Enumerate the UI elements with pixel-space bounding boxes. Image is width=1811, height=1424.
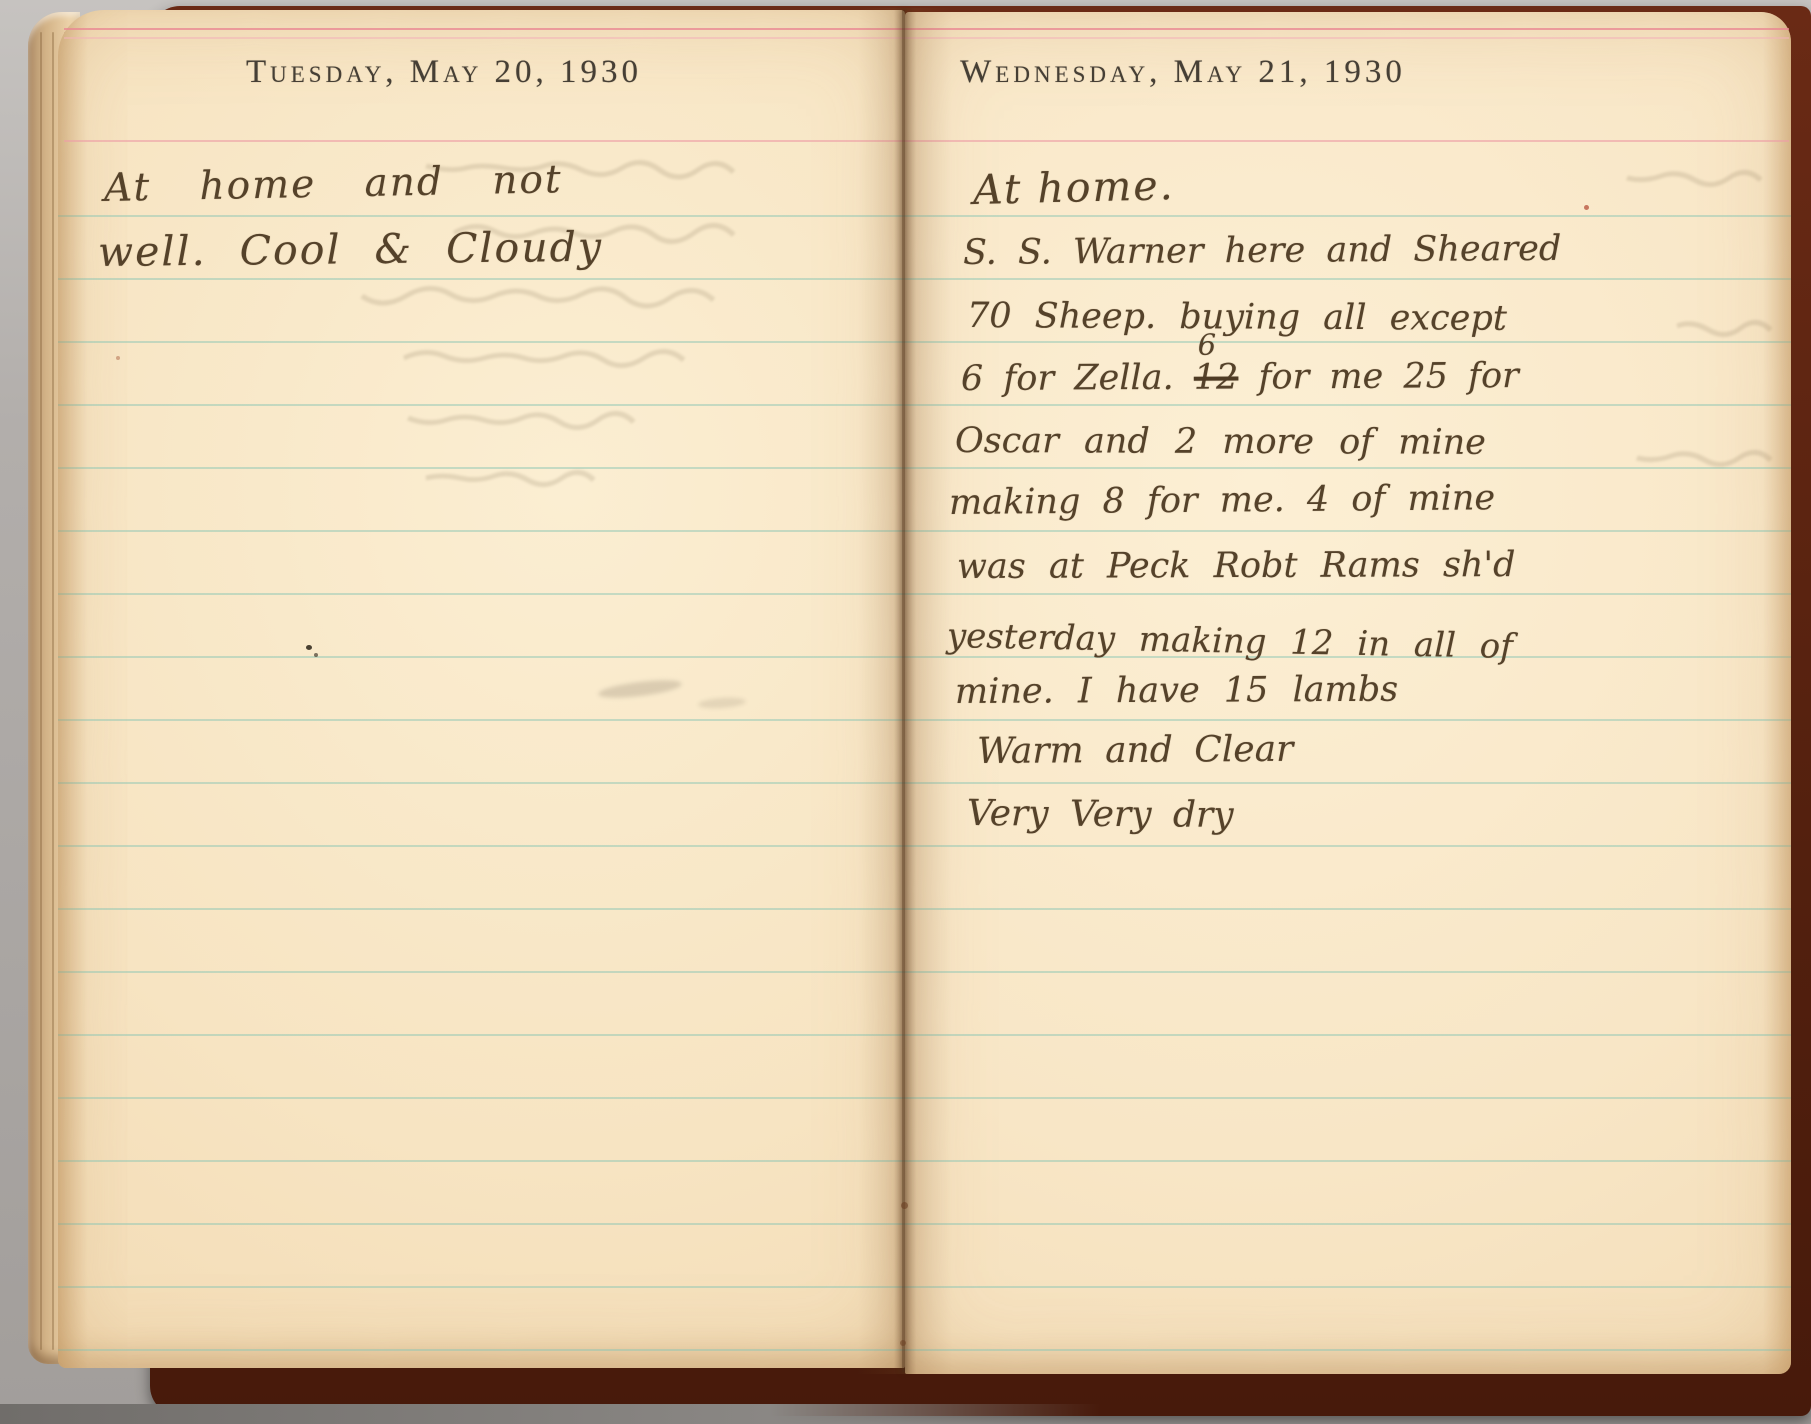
- ink-bleedthrough: [356, 402, 640, 436]
- ink-bleedthrough: [326, 340, 690, 374]
- paper-speck: [116, 356, 120, 360]
- diary-line-with-correction: 6 for Zella. 612 for me 25 for: [961, 356, 1519, 399]
- diary-line: making 8 for me. 4 of mine: [949, 478, 1495, 523]
- diary-line: mine. I have 15 lambs: [955, 670, 1398, 712]
- diary-line: well. Cool & Cloudy: [98, 223, 604, 276]
- diary-line: At home.: [972, 161, 1175, 214]
- diary-line: S. S. Warner here and Sheared: [963, 229, 1562, 273]
- correction-before: 6 for Zella.: [961, 358, 1194, 399]
- diary-line: Warm and Clear: [977, 729, 1294, 772]
- correction-after: for me 25 for: [1238, 356, 1519, 397]
- paper-speck: [1584, 205, 1589, 210]
- left-page: Tuesday, May 20, 1930 At home and not we…: [58, 10, 905, 1368]
- ink-bleedthrough: [396, 462, 599, 492]
- inserted-number: 6: [1198, 328, 1217, 362]
- diary-scan: Tuesday, May 20, 1930 At home and not we…: [0, 0, 1811, 1424]
- ink-bleedthrough: [296, 278, 720, 312]
- diary-line: was at Peck Robt Rams sh'd: [957, 545, 1516, 587]
- ink-bleedthrough: [1643, 312, 1776, 342]
- diary-line: Very Very dry: [967, 793, 1234, 836]
- right-page: Wednesday, May 21, 1930 At home. S. S. W…: [905, 12, 1791, 1374]
- ink-speck: [314, 653, 318, 657]
- gutter-shadow: [858, 8, 952, 1374]
- ink-speck: [306, 645, 312, 650]
- paper-speck: [901, 1202, 908, 1209]
- page-edge-leaf: [40, 32, 42, 1350]
- ruled-lines-left: [58, 215, 905, 1365]
- scanner-background-strip: [0, 1404, 1100, 1424]
- paper-speck: [900, 1340, 906, 1346]
- struck-out-number: 12: [1194, 358, 1239, 398]
- diary-line: 70 Sheep. buying all except: [967, 296, 1507, 339]
- page-header-right: Wednesday, May 21, 1930: [913, 54, 1453, 91]
- ink-bleedthrough: [1623, 442, 1776, 472]
- ink-bleedthrough: [1593, 162, 1766, 192]
- page-header-left: Tuesday, May 20, 1930: [174, 54, 714, 91]
- diary-line: At home and not: [104, 157, 563, 211]
- gutter-crease: [902, 10, 905, 1372]
- page-edge-leaf: [52, 32, 54, 1350]
- diary-line: Oscar and 2 more of mine: [955, 421, 1486, 463]
